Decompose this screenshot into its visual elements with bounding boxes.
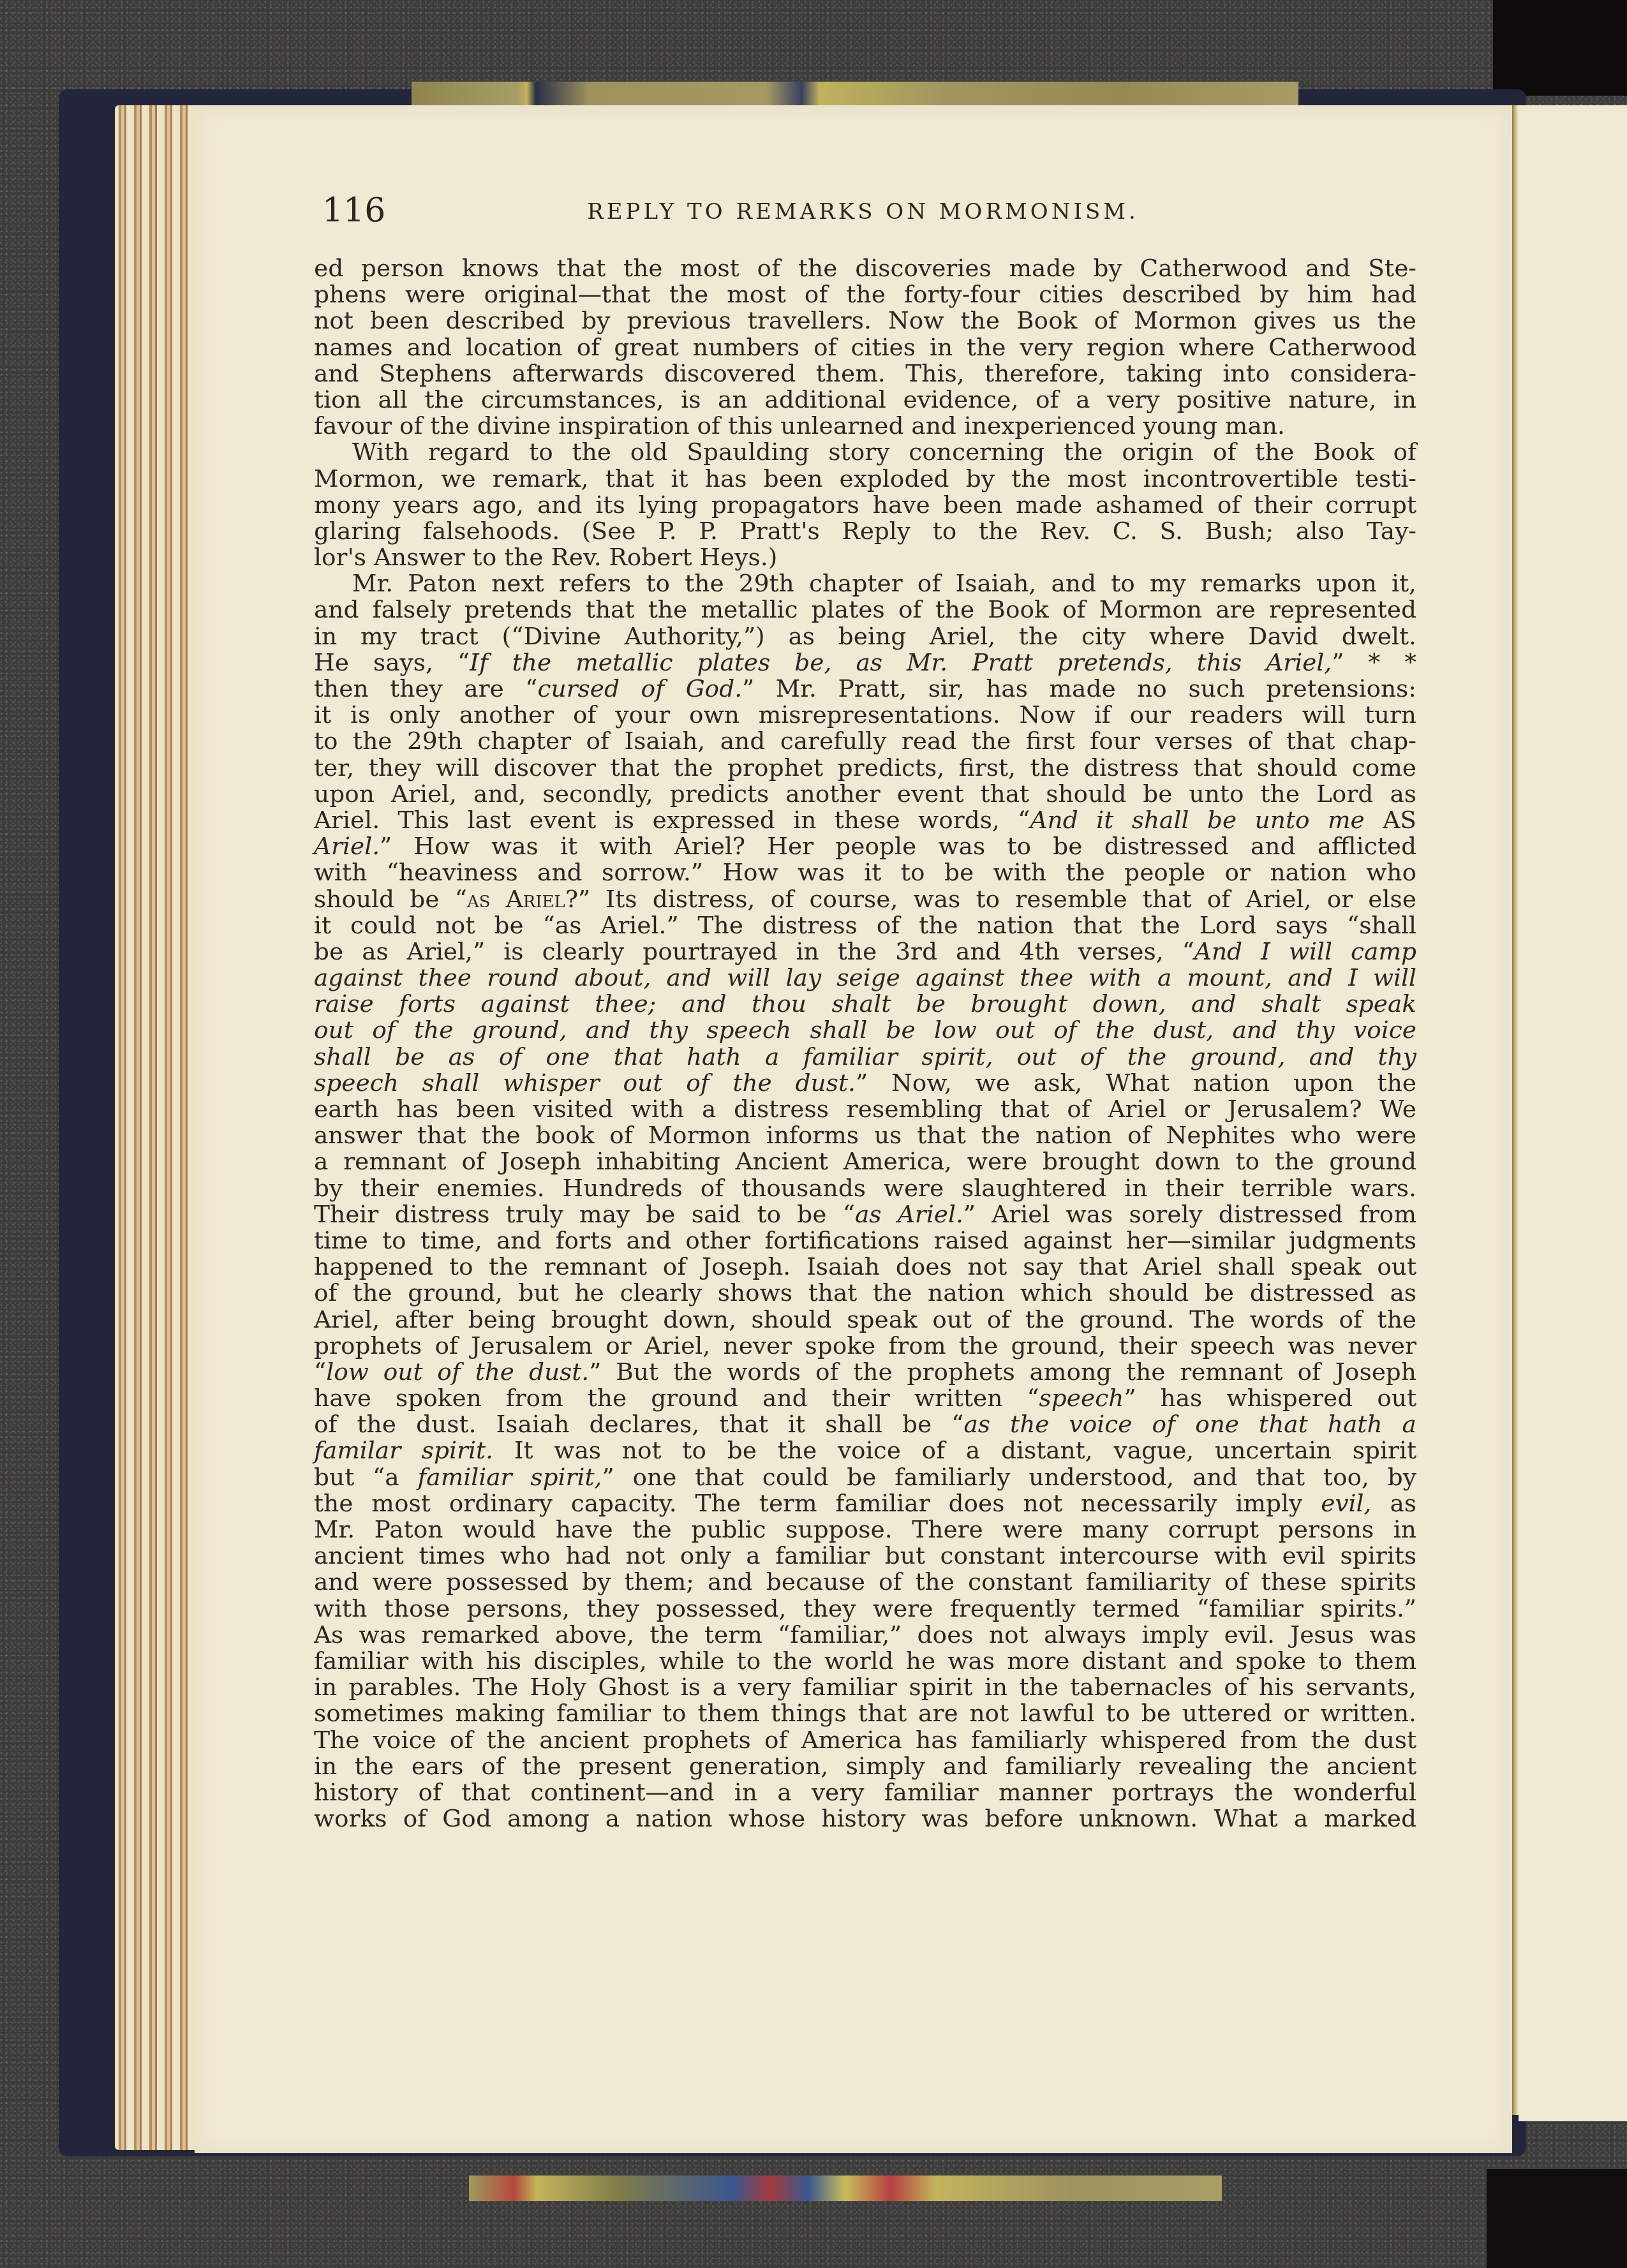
text-segment: He says, “ xyxy=(314,648,470,676)
text-segment: with those persons, they possessed, they… xyxy=(314,1594,1416,1622)
text-segment: answer that the book of Mormon informs u… xyxy=(314,1121,1416,1149)
text-line: by their enemies. Hundreds of thousands … xyxy=(314,1175,1416,1201)
text-segment: earth has been visited with a distress r… xyxy=(314,1095,1416,1123)
text-line: have spoken from the ground and their wr… xyxy=(314,1385,1416,1411)
text-segment: ” has whispered out xyxy=(1124,1384,1416,1412)
text-segment: ?” Its distress, of course, was to resem… xyxy=(565,885,1416,913)
text-line: of the ground, but he clearly shows that… xyxy=(314,1280,1416,1306)
text-segment: prophets of Jerusalem or Ariel, never sp… xyxy=(314,1331,1416,1360)
text-segment: it is only another of your own misrepres… xyxy=(314,700,1416,729)
text-line: speech shall whisper out of the dust.” N… xyxy=(314,1070,1416,1096)
text-line: should be “as Ariel?” Its distress, of c… xyxy=(314,886,1416,912)
text-line: earth has been visited with a distress r… xyxy=(314,1096,1416,1122)
text-segment: happened to the remnant of Joseph. Isaia… xyxy=(314,1252,1416,1280)
text-line: ed person knows that the most of the dis… xyxy=(314,255,1416,281)
text-segment: and Stephens afterwards discovered them.… xyxy=(314,359,1416,387)
text-line: lor's Answer to the Rev. Robert Heys.) xyxy=(314,544,1416,570)
text-line: not been described by previous traveller… xyxy=(314,308,1416,334)
text-segment: should be “ xyxy=(314,885,467,913)
text-line: raise forts against thee; and thou shalt… xyxy=(314,991,1416,1017)
italic-text: cursed of God. xyxy=(538,674,743,702)
text-line: works of God among a nation whose histor… xyxy=(314,1805,1416,1832)
italic-text: And I will camp xyxy=(1194,937,1416,965)
text-line: in my tract (“Divine Authority,”) as bei… xyxy=(314,623,1416,649)
text-line: ancient times who had not only a familia… xyxy=(314,1543,1416,1569)
background-dark-region xyxy=(1487,2169,1627,2268)
text-segment: ed person knows that the most of the dis… xyxy=(314,254,1416,282)
text-segment: as xyxy=(1371,1489,1416,1517)
text-line: happened to the remnant of Joseph. Isaia… xyxy=(314,1254,1416,1280)
text-line: shall be as of one that hath a familiar … xyxy=(314,1044,1416,1070)
text-line: The voice of the ancient prophets of Ame… xyxy=(314,1727,1416,1753)
text-segment: ” But the words of the prophets among th… xyxy=(589,1358,1416,1386)
text-segment: Mr. Paton would have the public suppose.… xyxy=(314,1515,1416,1543)
text-segment: and falsely pretends that the metallic p… xyxy=(314,595,1416,623)
text-segment: Ariel, after being brought down, should … xyxy=(314,1305,1416,1333)
text-segment: mony years ago, and its lying propagator… xyxy=(314,491,1416,519)
text-line: Mormon, we remark, that it has been expl… xyxy=(314,466,1416,492)
text-line: names and location of great numbers of c… xyxy=(314,334,1416,360)
italic-text: as Ariel. xyxy=(855,1200,963,1228)
text-segment: “ xyxy=(314,1358,326,1386)
italic-text: low out of the dust. xyxy=(326,1358,589,1386)
italic-text: familar spirit. xyxy=(314,1436,493,1464)
italic-text: speech xyxy=(1039,1384,1124,1412)
text-segment: ” Now, we ask, What nation upon the xyxy=(856,1069,1416,1097)
text-segment: Mr. Paton next refers to the 29th chapte… xyxy=(352,569,1416,597)
text-line: with those persons, they possessed, they… xyxy=(314,1596,1416,1622)
small-caps-text: as Ariel xyxy=(467,885,565,913)
text-line: prophets of Jerusalem or Ariel, never sp… xyxy=(314,1333,1416,1359)
text-line: sometimes making familiar to them things… xyxy=(314,1700,1416,1726)
text-line: the most ordinary capacity. The term fam… xyxy=(314,1490,1416,1516)
text-segment: ” Mr. Pratt, sir, has made no such prete… xyxy=(742,674,1416,702)
italic-text: against thee round about, and will lay s… xyxy=(314,963,1416,991)
text-segment: to the 29th chapter of Isaiah, and caref… xyxy=(314,727,1416,755)
text-segment: but “a xyxy=(314,1463,417,1491)
text-line: to the 29th chapter of Isaiah, and caref… xyxy=(314,728,1416,754)
text-line: familiar with his disciples, while to th… xyxy=(314,1648,1416,1674)
text-segment: have spoken from the ground and their wr… xyxy=(314,1384,1039,1412)
text-line: Their distress truly may be said to be “… xyxy=(314,1201,1416,1227)
text-segment: in my tract (“Divine Authority,”) as bei… xyxy=(314,622,1416,650)
background-dark-region xyxy=(1493,0,1627,96)
text-line: upon Ariel, and, secondly, predicts anot… xyxy=(314,781,1416,807)
text-line: Ariel.” How was it with Ariel? Her peopl… xyxy=(314,833,1416,859)
text-segment: familiar with his disciples, while to th… xyxy=(314,1647,1416,1675)
text-segment: a remnant of Joseph inhabiting Ancient A… xyxy=(314,1147,1416,1175)
italic-text: raise forts against thee; and thou shalt… xyxy=(314,989,1416,1018)
text-segment: tion all the circumstances, is an additi… xyxy=(314,385,1416,413)
text-line: against thee round about, and will lay s… xyxy=(314,965,1416,991)
text-line: and falsely pretends that the metallic p… xyxy=(314,597,1416,623)
text-line: time to time, and forts and other fortif… xyxy=(314,1227,1416,1254)
text-line: then they are “cursed of God.” Mr. Pratt… xyxy=(314,676,1416,702)
text-line: glaring falsehoods. (See P. P. Pratt's R… xyxy=(314,518,1416,544)
text-segment: then they are “ xyxy=(314,674,538,702)
text-segment: be as Ariel,” is clearly pourtrayed in t… xyxy=(314,937,1194,965)
text-segment: and were possessed by them; and because … xyxy=(314,1568,1416,1596)
italic-text: Ariel. xyxy=(314,832,380,860)
text-segment: time to time, and forts and other fortif… xyxy=(314,1226,1416,1254)
text-segment: The voice of the ancient prophets of Ame… xyxy=(314,1726,1416,1754)
italic-text: And it shall be unto me xyxy=(1030,806,1364,834)
text-segment: sometimes making familiar to them things… xyxy=(314,1699,1416,1727)
text-segment: ter, they will discover that the prophet… xyxy=(314,753,1416,782)
text-line: Ariel. This last event is expressed in t… xyxy=(314,807,1416,833)
text-line: answer that the book of Mormon informs u… xyxy=(314,1122,1416,1148)
text-segment: AS xyxy=(1365,806,1416,834)
text-line: but “a familiar spirit,” one that could … xyxy=(314,1464,1416,1490)
text-line: familar spirit. It was not to be the voi… xyxy=(314,1437,1416,1464)
text-line: phens were original—that the most of the… xyxy=(314,281,1416,308)
text-segment: upon Ariel, and, secondly, predicts anot… xyxy=(314,780,1416,808)
italic-text: evil, xyxy=(1321,1489,1371,1517)
text-segment: lor's Answer to the Rev. Robert Heys.) xyxy=(314,543,777,571)
text-segment: Mormon, we remark, that it has been expl… xyxy=(314,464,1416,493)
text-line: it is only another of your own misrepres… xyxy=(314,702,1416,728)
text-segment: glaring falsehoods. (See P. P. Pratt's R… xyxy=(314,517,1416,545)
text-segment: Their distress truly may be said to be “ xyxy=(314,1200,855,1228)
text-line: favour of the divine inspiration of this… xyxy=(314,413,1416,439)
italic-text: familiar spirit, xyxy=(417,1463,602,1491)
body-text: ed person knows that the most of the dis… xyxy=(314,255,1416,1832)
text-segment: in parables. The Holy Ghost is a very fa… xyxy=(314,1673,1416,1701)
text-segment: works of God among a nation whose histor… xyxy=(314,1804,1416,1832)
text-line: in the ears of the present generation, s… xyxy=(314,1753,1416,1779)
text-segment: by their enemies. Hundreds of thousands … xyxy=(314,1174,1416,1202)
italic-text: shall be as of one that hath a familiar … xyxy=(314,1042,1416,1071)
text-segment: phens were original—that the most of the… xyxy=(314,280,1416,308)
text-line: be as Ariel,” is clearly pourtrayed in t… xyxy=(314,938,1416,965)
facing-page-sliver xyxy=(1519,105,1627,2121)
italic-text: If the metallic plates be, as Mr. Pratt … xyxy=(470,648,1332,676)
text-line: Mr. Paton would have the public suppose.… xyxy=(314,1516,1416,1543)
marbled-edge-bottom xyxy=(469,2175,1222,2201)
text-line: With regard to the old Spaulding story c… xyxy=(314,439,1416,465)
text-segment: in the ears of the present generation, s… xyxy=(314,1752,1416,1780)
text-segment: ” one that could be familiarly understoo… xyxy=(602,1463,1416,1491)
text-line: out of the ground, and thy speech shall … xyxy=(314,1017,1416,1043)
running-head: 116 REPLY TO REMARKS ON MORMONISM. xyxy=(322,191,1404,230)
text-segment: ” How was it with Ariel? Her people was … xyxy=(380,832,1416,860)
text-line: mony years ago, and its lying propagator… xyxy=(314,492,1416,518)
text-line: Mr. Paton next refers to the 29th chapte… xyxy=(314,570,1416,597)
text-segment: With regard to the old Spaulding story c… xyxy=(352,438,1416,466)
text-segment: with “heaviness and sorrow.” How was it … xyxy=(314,858,1416,886)
text-line: history of that continent—and in a very … xyxy=(314,1779,1416,1805)
text-segment: the most ordinary capacity. The term fam… xyxy=(314,1489,1321,1517)
text-line: “low out of the dust.” But the words of … xyxy=(314,1359,1416,1385)
italic-text: out of the ground, and thy speech shall … xyxy=(314,1016,1416,1044)
text-line: and were possessed by them; and because … xyxy=(314,1569,1416,1595)
text-line: of the dust. Isaiah declares, that it sh… xyxy=(314,1411,1416,1437)
text-line: tion all the circumstances, is an additi… xyxy=(314,387,1416,413)
text-line: it could not be “as Ariel.” The distress… xyxy=(314,912,1416,938)
text-line: ter, they will discover that the prophet… xyxy=(314,755,1416,781)
text-segment: favour of the divine inspiration of this… xyxy=(314,411,1285,440)
text-segment: ” Ariel was sorely distressed from xyxy=(963,1200,1416,1228)
text-line: As was remarked above, the term “familia… xyxy=(314,1622,1416,1648)
text-segment: of the ground, but he clearly shows that… xyxy=(314,1279,1416,1307)
text-segment: of the dust. Isaiah declares, that it sh… xyxy=(314,1410,963,1438)
text-segment: history of that continent—and in a very … xyxy=(314,1778,1416,1806)
text-line: and Stephens afterwards discovered them.… xyxy=(314,360,1416,387)
italic-text: as the voice of one that hath a xyxy=(963,1410,1416,1438)
text-segment: Ariel. This last event is expressed in t… xyxy=(314,806,1030,834)
text-line: He says, “If the metallic plates be, as … xyxy=(314,649,1416,676)
text-segment: It was not to be the voice of a distant,… xyxy=(493,1436,1416,1464)
text-line: in parables. The Holy Ghost is a very fa… xyxy=(314,1674,1416,1700)
text-segment: ancient times who had not only a familia… xyxy=(314,1541,1416,1569)
marbled-edge-top xyxy=(412,82,1298,106)
text-line: with “heaviness and sorrow.” How was it … xyxy=(314,859,1416,886)
text-line: a remnant of Joseph inhabiting Ancient A… xyxy=(314,1148,1416,1175)
text-segment: it could not be “as Ariel.” The distress… xyxy=(314,911,1416,939)
text-segment: As was remarked above, the term “familia… xyxy=(314,1620,1416,1649)
text-segment: not been described by previous traveller… xyxy=(314,306,1416,334)
text-segment: ” * * xyxy=(1332,648,1416,676)
text-line: Ariel, after being brought down, should … xyxy=(314,1307,1416,1333)
running-title: REPLY TO REMARKS ON MORMONISM. xyxy=(322,199,1404,225)
text-segment: names and location of great numbers of c… xyxy=(314,333,1416,361)
italic-text: speech shall whisper out of the dust. xyxy=(314,1069,856,1097)
page-gutter xyxy=(1512,105,1519,2115)
page-edges xyxy=(115,105,198,2150)
